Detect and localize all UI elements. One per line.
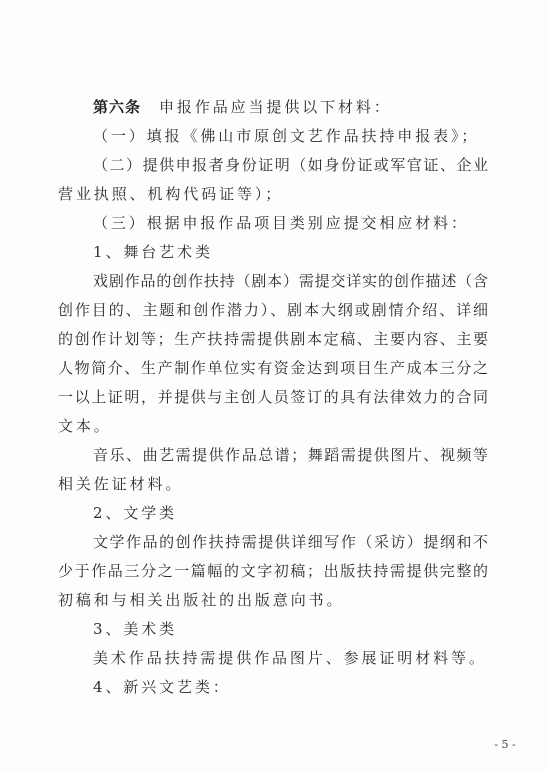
category-heading-literature: 2、文学类 — [93, 499, 488, 528]
paragraph-line: 文本。 — [58, 412, 488, 441]
page-number: - 5 - — [488, 738, 522, 751]
paragraph-line: 文学作品的创作扶持需提供详细写作（采访）提纲和不 — [93, 528, 488, 557]
article-label: 第六条 — [93, 98, 141, 116]
paragraph-line: 的创作计划等；生产扶持需提供剧本定稿、主要内容、主要 — [58, 325, 488, 354]
paragraph-line: 戏剧作品的创作扶持（剧本）需提交详实的创作描述（含 — [93, 267, 488, 296]
list-item-3: （三）根据申报作品项目类别应提交相应材料： — [93, 209, 488, 238]
paragraph-line: 音乐、曲艺需提供作品总谱；舞蹈需提供图片、视频等 — [93, 441, 488, 470]
paragraph-line: 一以上证明，并提供与主创人员签订的具有法律效力的合同 — [58, 383, 488, 412]
paragraph-line: 创作目的、主题和创作潜力）、剧本大纲或剧情介绍、详细 — [58, 296, 488, 325]
category-heading-fine-arts: 3、美术类 — [93, 615, 488, 644]
category-heading-stage-arts: 1、舞台艺术类 — [93, 238, 488, 267]
paragraph-line: 少于作品三分之一篇幅的文字初稿；出版扶持需提供完整的 — [58, 557, 488, 586]
list-item-2-line-1: （二）提供申报者身份证明（如身份证或军官证、企业 — [93, 151, 488, 180]
article-title: 申报作品应当提供以下材料： — [159, 98, 392, 116]
list-item-1: （一）填报《佛山市原创文艺作品扶持申报表》； — [93, 122, 488, 151]
category-heading-emerging-arts: 4、新兴文艺类： — [93, 673, 488, 702]
document-page: 第六条申报作品应当提供以下材料： （一）填报《佛山市原创文艺作品扶持申报表》； … — [0, 0, 547, 772]
list-item-2-line-2: 营业执照、机构代码证等）； — [58, 180, 488, 209]
paragraph-line: 美术作品扶持需提供作品图片、参展证明材料等。 — [93, 644, 488, 673]
article-heading: 第六条申报作品应当提供以下材料： — [93, 93, 488, 122]
paragraph-line: 相关佐证材料。 — [58, 470, 488, 499]
paragraph-line: 初稿和与相关出版社的出版意向书。 — [58, 586, 488, 615]
paragraph-line: 人物简介、生产制作单位实有资金达到项目生产成本三分之 — [58, 354, 488, 383]
